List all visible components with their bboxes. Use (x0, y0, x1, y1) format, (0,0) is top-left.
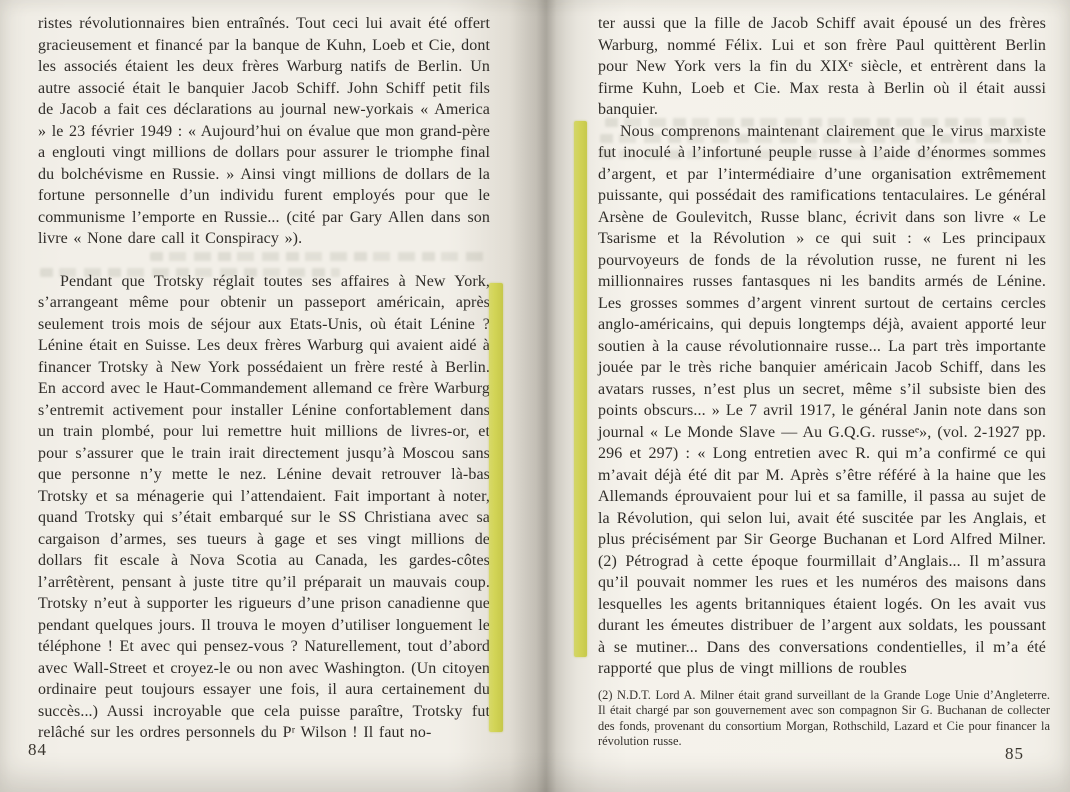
paragraph-continuation: ter aussi que la fille de Jacob Schiff a… (598, 13, 1046, 121)
book-spread: ristes révolutionnaires bien entraînés. … (0, 0, 1070, 792)
paragraph-continuation: ristes révolutionnaires bien entraînés. … (38, 13, 490, 250)
page-left: ristes révolutionnaires bien entraînés. … (0, 0, 545, 792)
paragraph: Nous comprenons maintenant clairement qu… (598, 121, 1046, 680)
footnote: (2) N.D.T. Lord A. Milner était grand su… (598, 688, 1050, 750)
paragraph: Pendant que Trotsky réglait toutes ses a… (38, 271, 490, 744)
left-text-column: ristes révolutionnaires bien entraînés. … (38, 13, 490, 744)
right-text-column: ter aussi que la fille de Jacob Schiff a… (598, 13, 1046, 680)
page-number-right: 85 (1005, 744, 1024, 764)
highlight-marker-left (489, 283, 503, 732)
highlight-marker-right (574, 121, 587, 657)
page-right: ter aussi que la fille de Jacob Schiff a… (545, 0, 1070, 792)
page-number-left: 84 (28, 740, 47, 760)
